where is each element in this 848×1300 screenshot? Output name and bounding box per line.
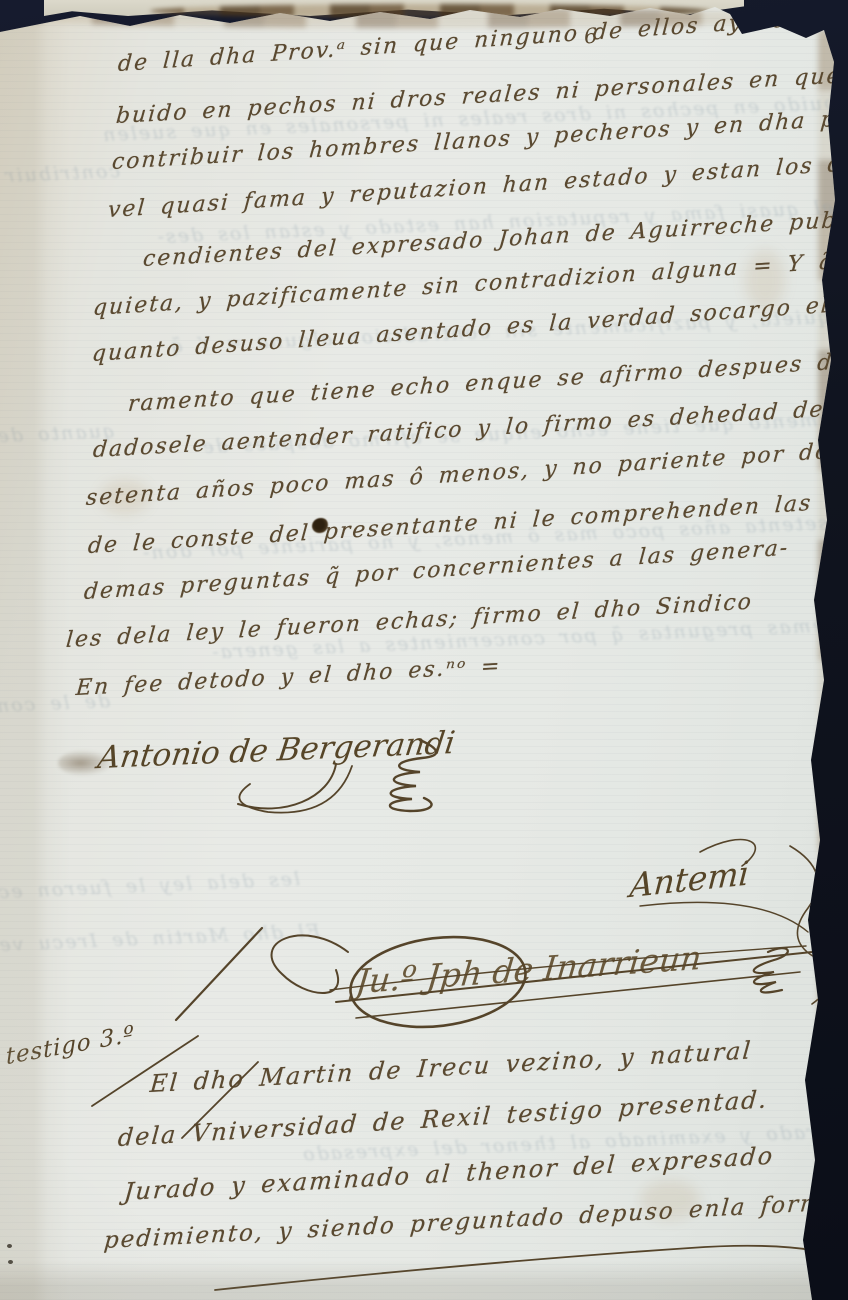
manuscript-line: quanto desuso lleua asentado es la verda…	[91, 290, 848, 368]
manuscript-line: demas preguntas q̃ por concernientes a l…	[83, 536, 790, 606]
notary-curl	[272, 935, 348, 993]
ink-bleedthrough: setenta años poco mas ô menos, y no pari…	[141, 512, 829, 564]
foxing-spot	[640, 1180, 700, 1220]
foxing-spot	[745, 250, 785, 310]
ink-bleedthrough: de le conste del presentante ni le compr…	[0, 690, 110, 740]
ink-bleedthrough: Jurado y examinado al thenor del expresa…	[301, 1120, 841, 1166]
ink-bleedthrough: El dho Martin de Irecu vezino, y natural	[0, 920, 320, 964]
ink-smudge	[58, 750, 114, 776]
ink-bleedthrough: quanto desuso lleua asentado es la verda…	[0, 420, 115, 473]
page-number: 6	[583, 24, 598, 49]
manuscript-line: contribuir los hombres llanos y pecheros…	[111, 101, 848, 175]
notary-oval	[345, 928, 530, 1037]
manuscript-line: les dela ley le fueron echas; firmo el d…	[65, 590, 754, 654]
ink-bleedthrough: buido en pechos ni dros reales ni person…	[101, 92, 837, 146]
manuscript-line: En fee detodo y el dho es.ⁿᵒ =	[75, 654, 503, 701]
ink-bleedthrough: quieta, y pazificamente sin contradizion…	[169, 306, 831, 357]
antemi-flourish	[700, 840, 755, 866]
ink-blot	[312, 518, 328, 533]
manuscript-line: cendientes del expresado Johan de Aguirr…	[142, 205, 848, 272]
manuscript-line: pedimiento, y siendo preguntado depuso e…	[103, 1189, 841, 1254]
manuscript-line: Jurado y examinado al thenor del expresa…	[123, 1142, 776, 1207]
ink-bleedthrough: ramento que tiene echo enque se afirmo d…	[200, 408, 842, 458]
ink-bleedthrough: vel quasi fama y reputazion han estado y…	[155, 196, 846, 248]
notary-crossline	[356, 972, 800, 1018]
right-edge-stain	[818, 30, 842, 1300]
manuscript-line: El dho Martin de Irecu vezino, y natural	[149, 1036, 754, 1098]
manuscript-line: quieta, y pazificamente sin contradizion…	[92, 249, 835, 321]
scanned-manuscript-page: buido en pechos ni dros reales ni person…	[0, 0, 848, 1300]
ink-bleedthrough: contribuir los hombres llanos y pecheros…	[0, 160, 120, 214]
closing-underline	[215, 1246, 824, 1290]
ante-mi-signature: Antemi	[629, 853, 751, 905]
notary-stroke	[176, 928, 262, 1020]
rubric-sweep	[239, 766, 352, 813]
manuscript-line: ramento que tiene echo enque se afirmo d…	[127, 349, 848, 417]
pen-flourishes	[0, 0, 848, 1300]
antemi-flourish	[790, 846, 833, 1004]
manuscript-line: setenta años poco mas ô menos, y no pari…	[85, 437, 848, 511]
manuscript-line: dadosele aentender ratifico y lo firmo e…	[92, 397, 826, 463]
rubric-coil	[390, 740, 436, 811]
ink-speck	[7, 1244, 12, 1248]
ink-speck	[8, 1260, 13, 1264]
manuscript-sheet: buido en pechos ni dros reales ni person…	[0, 0, 848, 1300]
margin-slash	[92, 1036, 198, 1106]
manuscript-line: de le conste del presentante ni le compr…	[87, 491, 813, 559]
notary-signature: Ju.º Jph de Inarrieun	[354, 938, 704, 1002]
manuscript-line: dela Vniversidad de Rexil testigo presen…	[117, 1085, 770, 1152]
antemi-flourish	[640, 902, 808, 932]
ink-bleedthrough: les dela ley le fueron echas; firmo el d…	[0, 868, 300, 917]
initial-stroke	[182, 1062, 258, 1138]
notary-coil	[754, 948, 788, 992]
notary-crossline	[330, 946, 806, 990]
manuscript-line: buido en pechos ni dros reales ni person…	[115, 58, 848, 129]
margin-note-testigo-3: testigo 3.º	[6, 1021, 136, 1070]
foxing-spot	[100, 480, 150, 514]
manuscript-line: vel quasi fama y reputazion han estado y…	[107, 149, 848, 223]
notary-crossline	[336, 952, 812, 1002]
witness-signature: Antonio de Bergerandi	[96, 725, 458, 776]
ink-bleedthrough: demas preguntas q̃ por concernientes a l…	[210, 614, 839, 663]
rubric-sweep	[238, 764, 336, 809]
